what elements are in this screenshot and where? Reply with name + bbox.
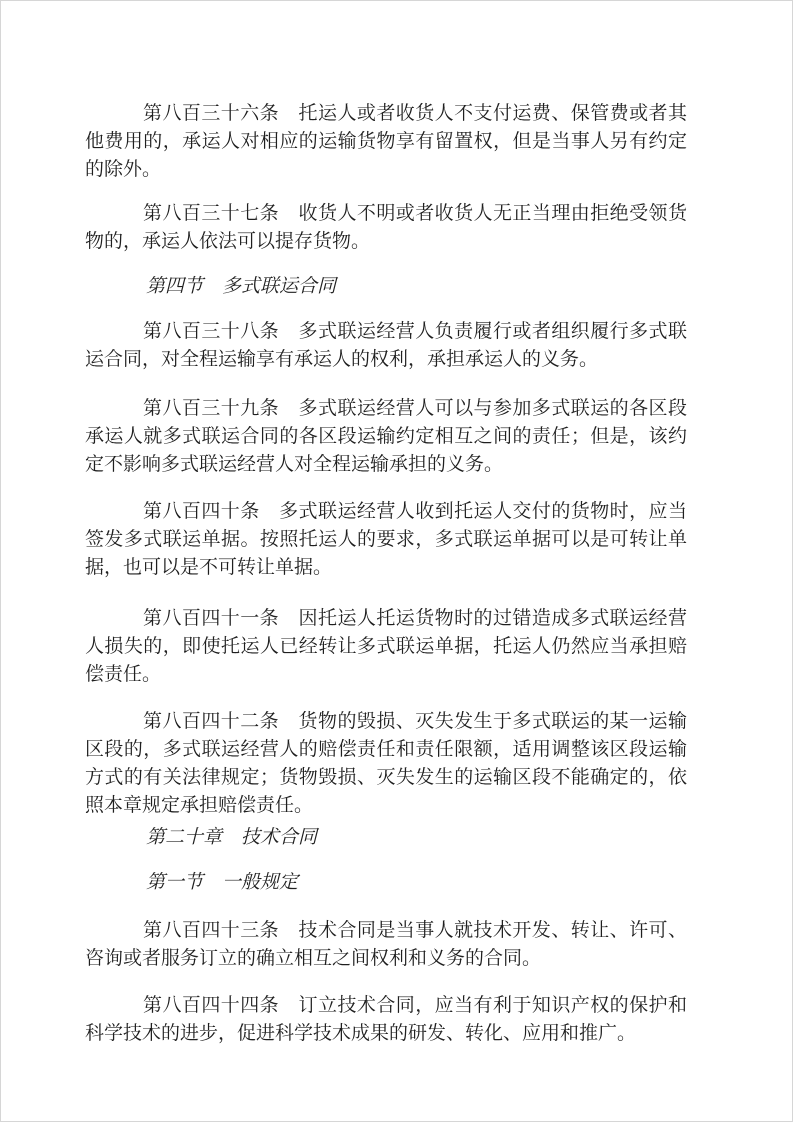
section-1-heading: 第一节 一般规定 xyxy=(85,869,687,897)
article-844: 第八百四十四条 订立技术合同，应当有利于知识产权的保护和科学技术的进步，促进科学… xyxy=(85,992,687,1048)
section-4-heading: 第四节 多式联运合同 xyxy=(85,273,687,301)
document-body: 第八百三十六条 托运人或者收货人不支付运费、保管费或者其他费用的，承运人对相应的… xyxy=(85,100,687,1048)
article-840: 第八百四十条 多式联运经营人收到托运人交付的货物时，应当签发多式联运单据。按照托… xyxy=(85,498,687,582)
chapter-20-heading: 第二十章 技术合同 xyxy=(85,824,687,852)
article-839: 第八百三十九条 多式联运经营人可以与参加多式联运的各区段承运人就多式联运合同的各… xyxy=(85,395,687,479)
article-842: 第八百四十二条 货物的毁损、灭失发生于多式联运的某一运输区段的，多式联运经营人的… xyxy=(85,708,687,820)
article-836: 第八百三十六条 托运人或者收货人不支付运费、保管费或者其他费用的，承运人对相应的… xyxy=(85,100,687,184)
article-843: 第八百四十三条 技术合同是当事人就技术开发、转让、许可、咨询或者服务订立的确立相… xyxy=(85,917,687,973)
article-838: 第八百三十八条 多式联运经营人负责履行或者组织履行多式联运合同，对全程运输享有承… xyxy=(85,318,687,374)
article-841: 第八百四十一条 因托运人托运货物时的过错造成多式联运经营人损失的，即使托运人已经… xyxy=(85,605,687,689)
document-page: 第八百三十六条 托运人或者收货人不支付运费、保管费或者其他费用的，承运人对相应的… xyxy=(0,0,793,1122)
article-837: 第八百三十七条 收货人不明或者收货人无正当理由拒绝受领货物的，承运人依法可以提存… xyxy=(85,200,687,256)
